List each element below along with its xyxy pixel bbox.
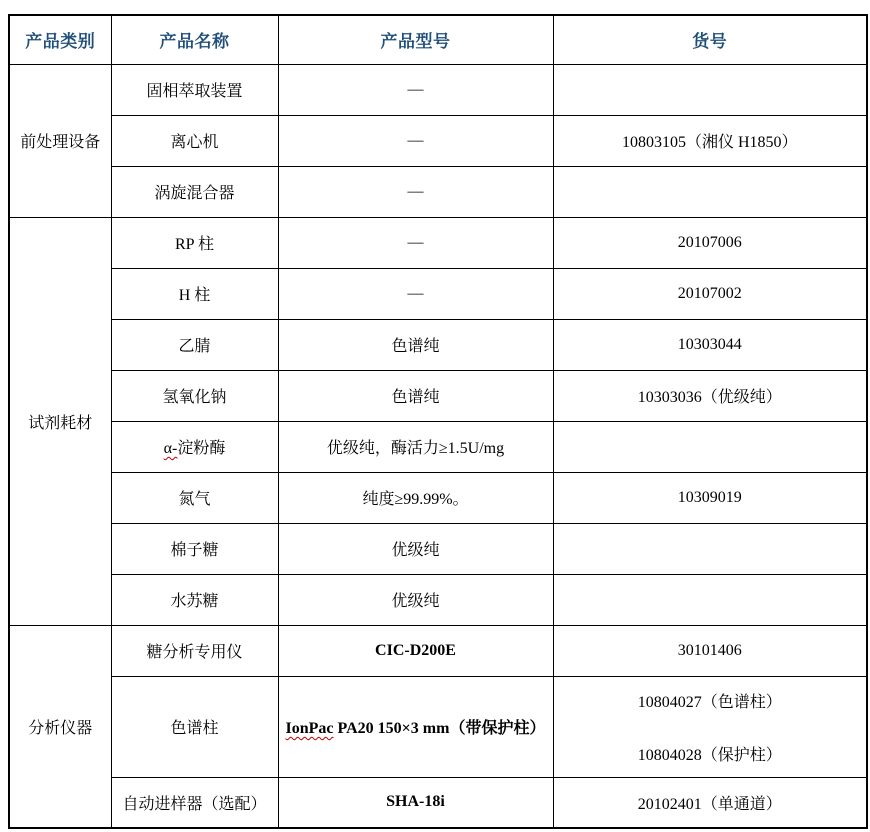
product-model-cell: — (278, 115, 553, 166)
item-number-cell (553, 523, 867, 574)
spellcheck-marked-text: α- (164, 440, 178, 457)
product-name-cell: 涡旋混合器 (111, 166, 278, 217)
product-model-cell: — (278, 64, 553, 115)
product-model-cell: — (278, 217, 553, 268)
product-name-cell: 水苏糖 (111, 574, 278, 625)
product-model-text: PA20 150×3 mm（带保护柱） (334, 720, 546, 737)
product-name-cell: 乙腈 (111, 319, 278, 370)
document-page: 产品类别 产品名称 产品型号 货号 前处理设备 固相萃取装置 — 离心机 — 1… (0, 0, 870, 832)
item-number-cell: 30101406 (553, 625, 867, 676)
header-cell-model: 产品型号 (278, 15, 553, 64)
product-model-cell: 色谱纯 (278, 319, 553, 370)
item-number-cell: 20102401（单通道） (553, 777, 867, 828)
table-row: 自动进样器（选配） SHA-18i 20102401（单通道） (9, 777, 867, 828)
item-number-line: 10804028（保护柱） (558, 742, 863, 765)
category-cell-reagents: 试剂耗材 (9, 217, 111, 625)
table-row: 前处理设备 固相萃取装置 — (9, 64, 867, 115)
table-row: 氮气 纯度≥99.99%。 10309019 (9, 472, 867, 523)
product-name-cell: 自动进样器（选配） (111, 777, 278, 828)
item-number-cell: 10309019 (553, 472, 867, 523)
table-row: 离心机 — 10803105（湘仪 H1850） (9, 115, 867, 166)
product-name-cell: 氢氧化钠 (111, 370, 278, 421)
table-row: 水苏糖 优级纯 (9, 574, 867, 625)
item-number-cell: 20107002 (553, 268, 867, 319)
table-row: 分析仪器 糖分析专用仪 CIC-D200E 30101406 (9, 625, 867, 676)
product-name-cell: 棉子糖 (111, 523, 278, 574)
product-name-cell: 离心机 (111, 115, 278, 166)
product-name-text: 淀粉酶 (177, 440, 225, 457)
item-number-cell: 10303044 (553, 319, 867, 370)
product-name-cell: 色谱柱 (111, 676, 278, 777)
item-number-cell: 10804027（色谱柱） 10804028（保护柱） (553, 676, 867, 777)
category-cell-pretreatment: 前处理设备 (9, 64, 111, 217)
item-number-cell (553, 574, 867, 625)
header-cell-name: 产品名称 (111, 15, 278, 64)
product-model-cell: SHA-18i (278, 777, 553, 828)
header-cell-category: 产品类别 (9, 15, 111, 64)
table-row: 乙腈 色谱纯 10303044 (9, 319, 867, 370)
product-model-cell: 纯度≥99.99%。 (278, 472, 553, 523)
product-model-cell: — (278, 166, 553, 217)
product-name-cell: 糖分析专用仪 (111, 625, 278, 676)
table-row: 试剂耗材 RP 柱 — 20107006 (9, 217, 867, 268)
item-number-cell (553, 166, 867, 217)
table-row: 涡旋混合器 — (9, 166, 867, 217)
product-name-cell: H 柱 (111, 268, 278, 319)
item-number-cell (553, 64, 867, 115)
product-model-cell: 优级纯 (278, 574, 553, 625)
product-model-cell: 优级纯 (278, 523, 553, 574)
product-model-cell: IonPac PA20 150×3 mm（带保护柱） (278, 676, 553, 777)
category-cell-instruments: 分析仪器 (9, 625, 111, 828)
product-model-cell: — (278, 268, 553, 319)
item-number-line: 10804027（色谱柱） (558, 689, 863, 712)
table-row: 氢氧化钠 色谱纯 10303036（优级纯） (9, 370, 867, 421)
product-model-cell: CIC-D200E (278, 625, 553, 676)
product-name-cell: 氮气 (111, 472, 278, 523)
product-model-cell: 色谱纯 (278, 370, 553, 421)
product-table: 产品类别 产品名称 产品型号 货号 前处理设备 固相萃取装置 — 离心机 — 1… (8, 14, 868, 829)
header-cell-item-number: 货号 (553, 15, 867, 64)
item-number-cell: 10803105（湘仪 H1850） (553, 115, 867, 166)
header-row: 产品类别 产品名称 产品型号 货号 (9, 15, 867, 64)
table-row: 色谱柱 IonPac PA20 150×3 mm（带保护柱） 10804027（… (9, 676, 867, 777)
product-name-cell: α-淀粉酶 (111, 421, 278, 472)
item-number-cell: 20107006 (553, 217, 867, 268)
product-model-cell: 优级纯，酶活力≥1.5U/mg (278, 421, 553, 472)
item-number-cell (553, 421, 867, 472)
product-name-cell: 固相萃取装置 (111, 64, 278, 115)
item-number-cell: 10303036（优级纯） (553, 370, 867, 421)
spellcheck-marked-text: IonPac (286, 720, 334, 737)
table-row: 棉子糖 优级纯 (9, 523, 867, 574)
table-row: α-淀粉酶 优级纯，酶活力≥1.5U/mg (9, 421, 867, 472)
product-name-cell: RP 柱 (111, 217, 278, 268)
table-row: H 柱 — 20107002 (9, 268, 867, 319)
